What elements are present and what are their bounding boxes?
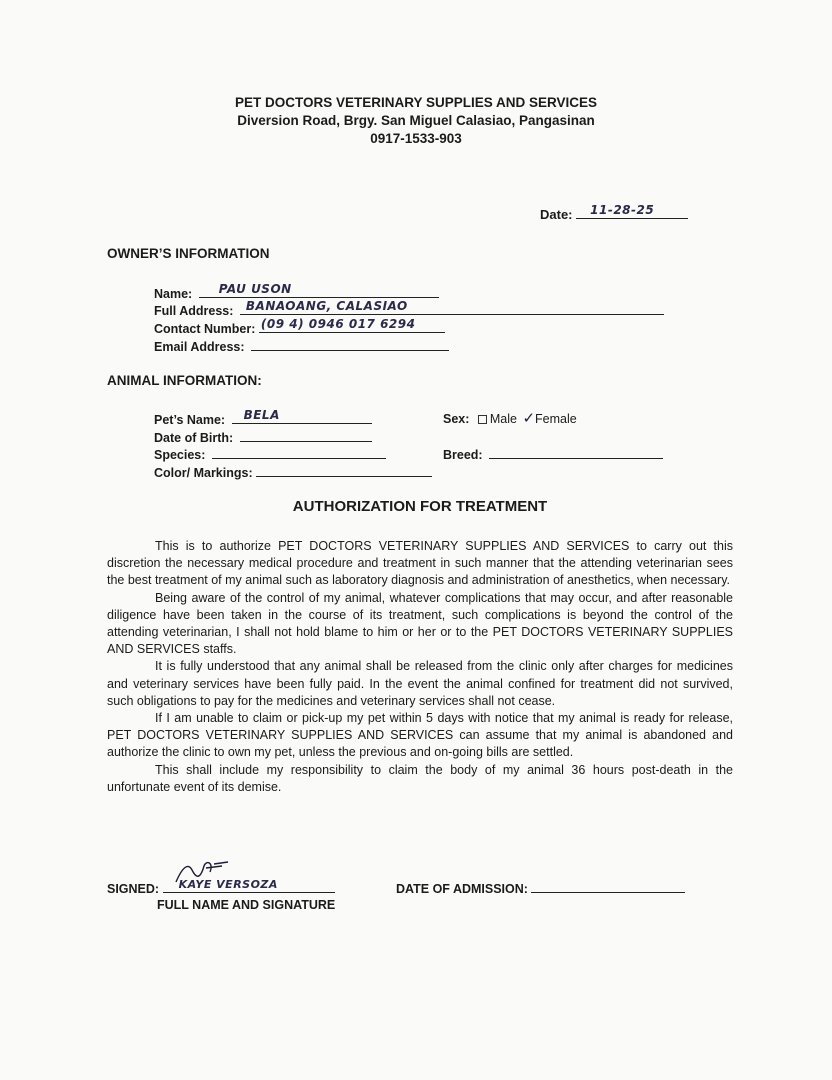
dob-field[interactable]: Date of Birth:	[154, 427, 372, 445]
letterhead: PET DOCTORS VETERINARY SUPPLIES AND SERV…	[0, 94, 832, 148]
authorization-body: This is to authorize PET DOCTORS VETERIN…	[107, 538, 733, 796]
consent-form-page: PET DOCTORS VETERINARY SUPPLIES AND SERV…	[0, 0, 832, 1080]
female-checkbox-checked-icon[interactable]: ✓	[522, 409, 535, 427]
color-markings-line	[256, 462, 432, 477]
authorization-paragraph: It is fully understood that any animal s…	[107, 658, 733, 710]
authorization-paragraph: If I am unable to claim or pick-up my pe…	[107, 710, 733, 762]
dob-label: Date of Birth:	[154, 431, 233, 445]
dob-line	[240, 427, 372, 442]
pet-name-line: BELA	[232, 409, 372, 424]
date-label: Date:	[540, 207, 573, 222]
authorization-paragraph: Being aware of the control of my animal,…	[107, 590, 733, 659]
owner-name-line: PAU USON	[199, 283, 439, 298]
breed-label: Breed:	[443, 448, 483, 462]
pet-name-label: Pet’s Name:	[154, 413, 225, 427]
signature-name: KAYE VERSOZA	[179, 878, 278, 891]
signature-line: KAYE VERSOZA	[163, 878, 335, 893]
date-line: 11-28-25	[576, 204, 688, 219]
animal-info-heading: ANIMAL INFORMATION:	[107, 373, 262, 388]
pet-name-value: BELA	[244, 408, 280, 422]
sex-field: Sex: Male ✓Female	[443, 409, 577, 427]
owner-contact-field[interactable]: Contact Number: (09 4) 0946 017 6294	[154, 318, 445, 336]
admission-date-label: DATE OF ADMISSION:	[396, 882, 528, 896]
color-markings-field[interactable]: Color/ Markings:	[154, 462, 432, 480]
clinic-address: Diversion Road, Brgy. San Miguel Calasia…	[0, 112, 832, 130]
male-checkbox[interactable]	[478, 415, 487, 424]
breed-line	[489, 444, 663, 459]
color-markings-label: Color/ Markings:	[154, 466, 253, 480]
signed-label: SIGNED:	[107, 882, 159, 896]
authorization-paragraph: This is to authorize PET DOCTORS VETERIN…	[107, 538, 733, 590]
owner-info-heading: OWNER’S INFORMATION	[107, 246, 270, 261]
admission-date-line	[531, 878, 685, 893]
species-field[interactable]: Species:	[154, 444, 386, 462]
date-value: 11-28-25	[590, 203, 654, 217]
owner-email-line	[251, 336, 449, 351]
date-field[interactable]: Date: 11-28-25	[540, 204, 688, 222]
species-label: Species:	[154, 448, 205, 462]
signature-field[interactable]: SIGNED: KAYE VERSOZA	[107, 878, 335, 896]
owner-name-label: Name:	[154, 287, 192, 301]
owner-contact-line: (09 4) 0946 017 6294	[259, 318, 445, 333]
sex-label: Sex:	[443, 412, 469, 426]
male-option-label: Male	[490, 412, 517, 426]
signature-sublabel: FULL NAME AND SIGNATURE	[157, 898, 335, 912]
owner-address-line: BANAOANG, CALASIAO	[240, 300, 664, 315]
authorization-paragraph: This shall include my responsibility to …	[107, 762, 733, 796]
breed-field[interactable]: Breed:	[443, 444, 663, 462]
owner-email-label: Email Address:	[154, 340, 245, 354]
owner-address-label: Full Address:	[154, 304, 233, 318]
owner-contact-label: Contact Number:	[154, 322, 255, 336]
owner-address-value: BANAOANG, CALASIAO	[246, 299, 408, 313]
pet-name-field[interactable]: Pet’s Name: BELA	[154, 409, 372, 427]
owner-name-value: PAU USON	[219, 282, 292, 296]
owner-address-field[interactable]: Full Address: BANAOANG, CALASIAO	[154, 300, 664, 318]
species-line	[212, 444, 386, 459]
admission-date-field[interactable]: DATE OF ADMISSION:	[396, 878, 685, 896]
owner-email-field[interactable]: Email Address:	[154, 336, 449, 354]
clinic-phone: 0917-1533-903	[0, 130, 832, 148]
owner-contact-value: (09 4) 0946 017 6294	[261, 317, 416, 331]
female-option-label: Female	[535, 412, 577, 426]
authorization-heading: AUTHORIZATION FOR TREATMENT	[0, 498, 832, 515]
clinic-name: PET DOCTORS VETERINARY SUPPLIES AND SERV…	[0, 94, 832, 112]
